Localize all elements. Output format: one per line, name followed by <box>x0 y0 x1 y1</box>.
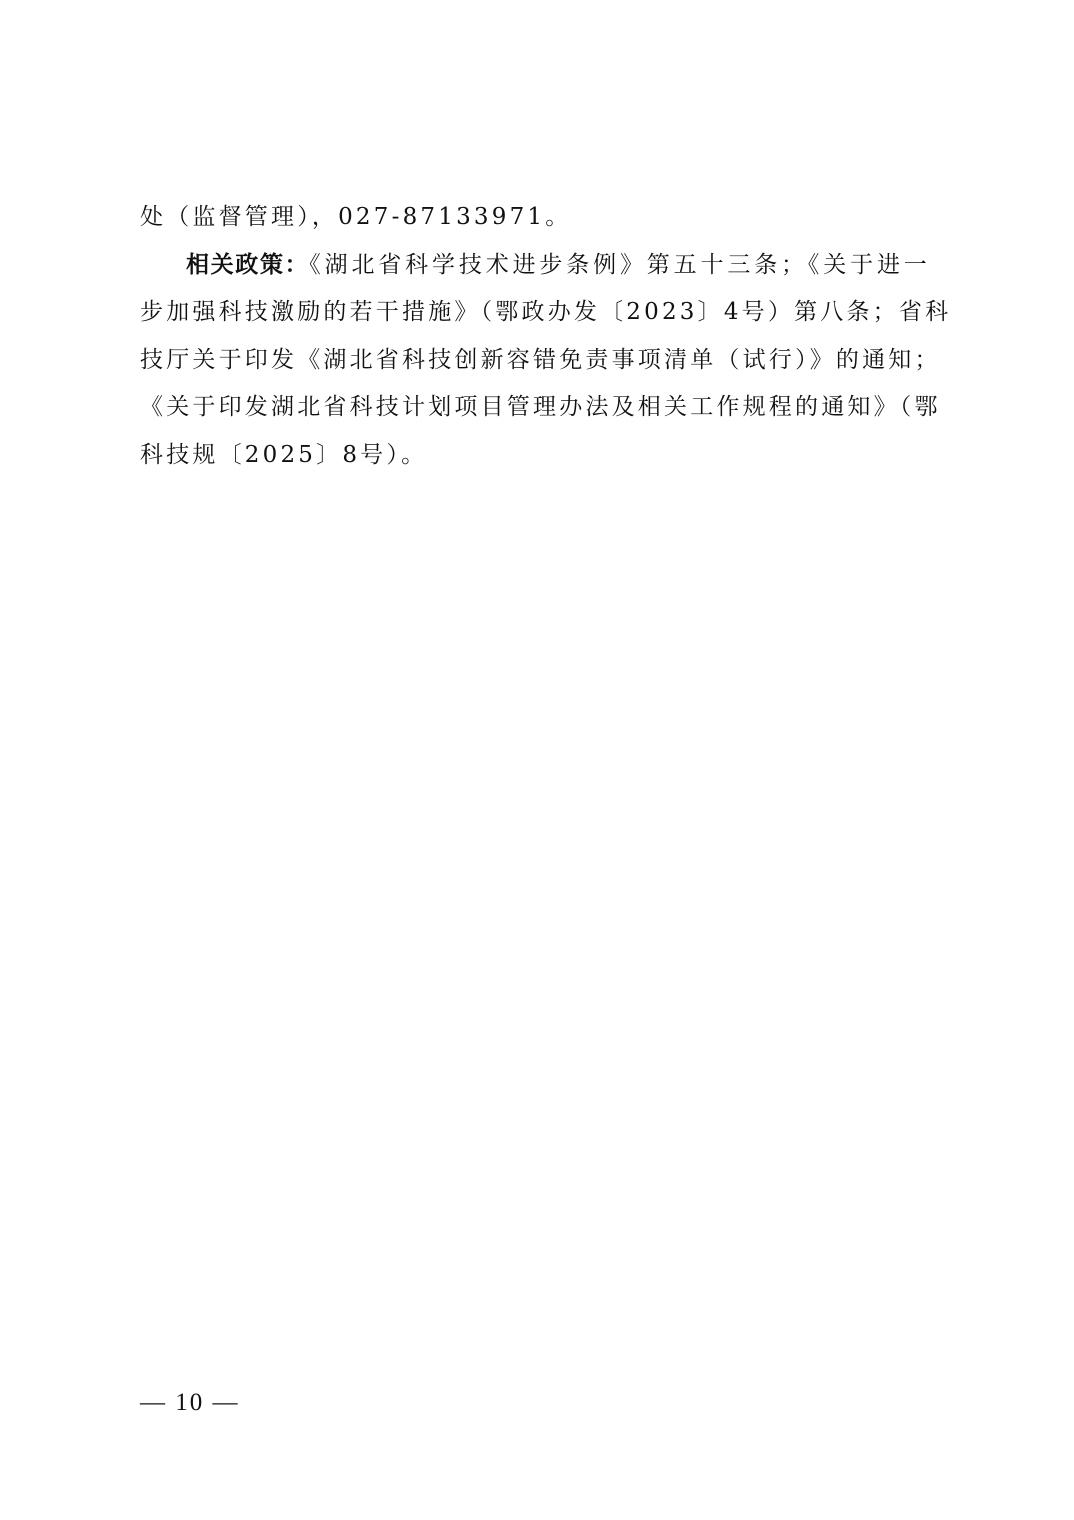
policy-text-1: 《湖北省科学技术进步条例》第五十三条；《关于进一 <box>309 252 930 278</box>
policy-paragraph-line-3: 技厅关于印发《湖北省科技创新容错免责事项清单（试行）》的通知； <box>140 345 930 375</box>
document-page: 处（监督管理），027-87133971。 相关政策：《湖北省科学技术进步条例》… <box>0 0 1074 1520</box>
page-number: — 10 — <box>140 1388 240 1418</box>
policy-paragraph-line-1: 相关政策：《湖北省科学技术进步条例》第五十三条；《关于进一 <box>186 250 930 280</box>
policy-label: 相关政策： <box>186 252 309 278</box>
policy-paragraph-line-2: 步加强科技激励的若干措施》（鄂政办发〔2023〕4号）第八条；省科 <box>140 297 930 327</box>
contact-text: 处（监督管理），027-87133971。 <box>140 204 571 230</box>
contact-line: 处（监督管理），027-87133971。 <box>140 202 930 232</box>
policy-text-2: 步加强科技激励的若干措施》（鄂政办发〔2023〕4号）第八条；省科 <box>140 299 951 325</box>
policy-text-3: 技厅关于印发《湖北省科技创新容错免责事项清单（试行）》的通知； <box>140 347 941 373</box>
policy-text-5: 科技规〔2025〕8号）。 <box>140 442 427 468</box>
policy-paragraph-line-4: 《关于印发湖北省科技计划项目管理办法及相关工作规程的通知》（鄂 <box>140 392 930 422</box>
policy-text-4: 《关于印发湖北省科技计划项目管理办法及相关工作规程的通知》（鄂 <box>140 394 941 420</box>
policy-paragraph-line-5: 科技规〔2025〕8号）。 <box>140 440 930 470</box>
